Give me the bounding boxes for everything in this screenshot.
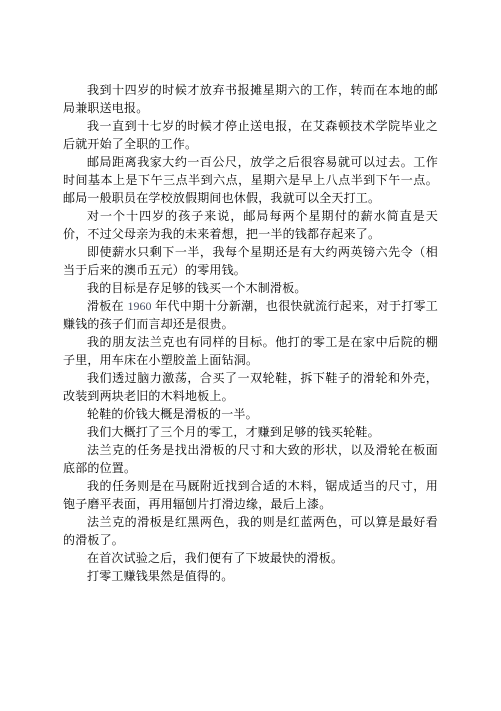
paragraph-2: 我一直到十七岁的时候才停止送电报，在艾森顿技术学院毕业之后就开始了全职的工作。 xyxy=(63,117,438,153)
paragraph-7-text-before: 滑板在 xyxy=(87,299,128,313)
paragraph-1: 我到十四岁的时候才放弃书报摊星期六的工作，转而在本地的邮局兼职送电报。 xyxy=(63,81,438,117)
paragraph-3: 邮局距离我家大约一百公尺，放学之后很容易就可以过去。工作时间基本上是下午三点半到… xyxy=(63,153,438,207)
paragraph-12: 法兰克的任务是找出滑板的尺寸和大致的形状，以及滑轮在板面底部的位置。 xyxy=(63,441,438,477)
paragraph-5: 即使薪水只剩下一半，我每个星期还是有大约两英镑六先令（相当于后来的澳币五元）的零… xyxy=(63,243,438,279)
paragraph-13: 我的任务则是在马厩附近找到合适的木料，锯成适当的尺寸，用铇子磨平表面，再用辐刨片… xyxy=(63,477,438,513)
paragraph-15: 在首次试验之后，我们便有了下坡最快的滑板。 xyxy=(63,549,438,567)
paragraph-14: 法兰克的滑板是红黑两色，我的则是红蓝两色，可以算是最好看的滑板了。 xyxy=(63,513,438,549)
document-page: 我到十四岁的时候才放弃书报摊星期六的工作，转而在本地的邮局兼职送电报。 我一直到… xyxy=(0,0,501,711)
paragraph-8: 我的朋友法兰克也有同样的目标。他打的零工是在家中后院的棚子里，用车床在小塑胶盖上… xyxy=(63,333,438,369)
paragraph-16: 打零工赚钱果然是值得的。 xyxy=(63,567,438,585)
paragraph-7: 滑板在 1960 年代中期十分新潮，也很快就流行起来，对于打零工赚钱的孩子们而言… xyxy=(63,297,438,333)
paragraph-4: 对一个十四岁的孩子来说，邮局每两个星期付的薪水简直是天价，不过父母亲为我的未来着… xyxy=(63,207,438,243)
paragraph-6: 我的目标是存足够的钱买一个木制滑板。 xyxy=(63,279,438,297)
paragraph-9: 我们透过脑力激荡，合买了一双轮鞋，拆下鞋子的滑轮和外壳，改装到两块老旧的木料地板… xyxy=(63,369,438,405)
paragraph-10: 轮鞋的价钱大概是滑板的一半。 xyxy=(63,405,438,423)
year-1960: 1960 xyxy=(128,299,152,313)
paragraph-11: 我们大概打了三个月的零工，才赚到足够的钱买轮鞋。 xyxy=(63,423,438,441)
